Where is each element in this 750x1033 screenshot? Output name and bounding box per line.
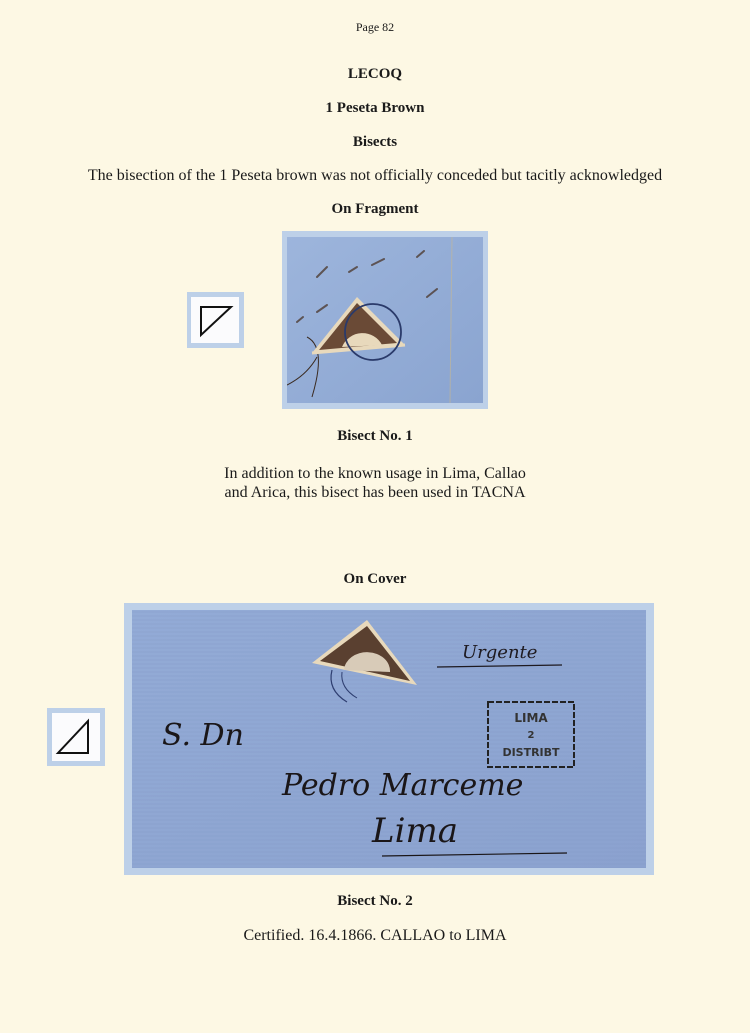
svg-text:Pedro Marceme: Pedro Marceme xyxy=(281,768,523,803)
note-line-1: In addition to the known usage in Lima, … xyxy=(0,464,750,483)
bisect-1-caption: Bisect No. 1 xyxy=(0,428,750,445)
bisect-2-note: Certified. 16.4.1866. CALLAO to LIMA xyxy=(0,927,750,945)
page-title: LECOQ xyxy=(0,66,750,83)
triangle-diagonal-icon xyxy=(191,297,239,343)
section-heading: Bisects xyxy=(0,134,750,151)
svg-text:DISTRIBT: DISTRIBT xyxy=(502,746,560,759)
fragment-image xyxy=(287,237,483,403)
svg-text:Lima: Lima xyxy=(371,811,458,851)
bisect-1-note: In addition to the known usage in Lima, … xyxy=(0,464,750,502)
fragment-heading: On Fragment xyxy=(0,201,750,218)
page-description: The bisection of the 1 Peseta brown was … xyxy=(0,167,750,185)
fragment-diagram-mount xyxy=(187,292,244,348)
cover-diagram-mount xyxy=(47,708,105,766)
stamp-subtitle: 1 Peseta Brown xyxy=(0,100,750,117)
svg-text:S. Dn: S. Dn xyxy=(162,718,244,753)
fragment-mount xyxy=(282,231,488,409)
page-number: Page 82 xyxy=(0,20,750,35)
cover-heading: On Cover xyxy=(0,571,750,588)
cover-mount: Urgente S. Dn Pedro Marceme Lima LIMA 2 … xyxy=(124,603,654,875)
svg-text:Urgente: Urgente xyxy=(462,642,537,663)
triangle-right-icon xyxy=(52,713,100,761)
bisect-2-caption: Bisect No. 2 xyxy=(0,893,750,910)
svg-text:2: 2 xyxy=(528,730,535,741)
svg-text:LIMA: LIMA xyxy=(514,711,548,725)
cover-image: Urgente S. Dn Pedro Marceme Lima LIMA 2 … xyxy=(132,610,646,868)
note-line-2: and Arica, this bisect has been used in … xyxy=(0,483,750,502)
